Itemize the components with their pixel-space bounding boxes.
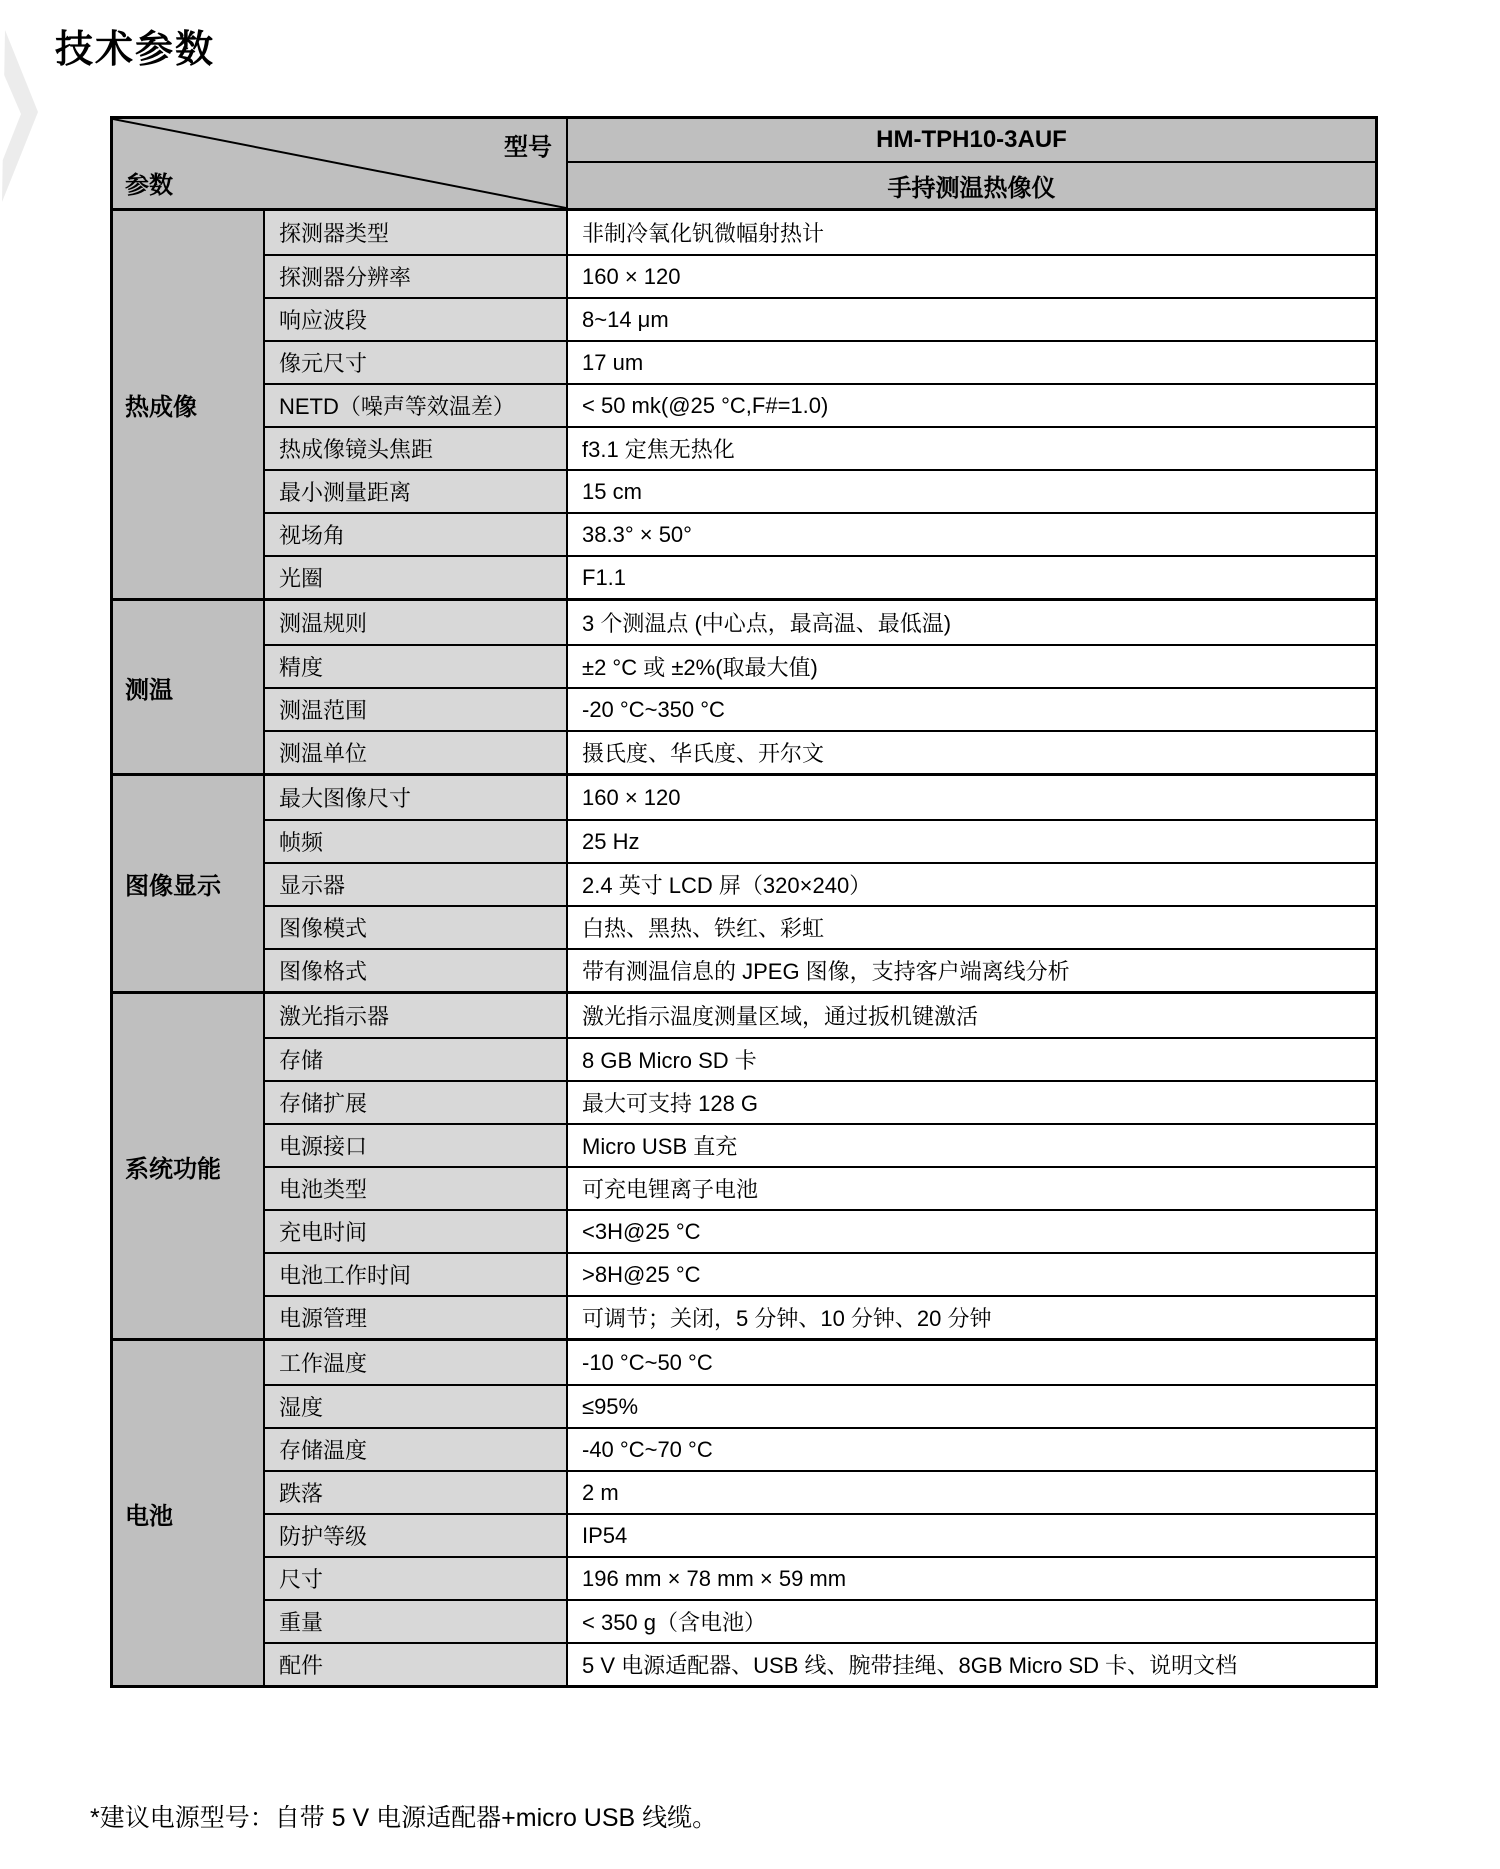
param-value: IP54 [568,1515,1375,1556]
param-value: 2 m [568,1472,1375,1513]
param-name: 跌落 [265,1472,568,1513]
table-row: 像元尺寸 17 um [265,340,1375,383]
param-name: 防护等级 [265,1515,568,1556]
param-value: -10 °C~50 °C [568,1341,1375,1384]
group-label: 热成像 [113,211,265,598]
param-name: 显示器 [265,864,568,905]
table-row: 最小测量距离 15 cm [265,469,1375,512]
param-value: 196 mm × 78 mm × 59 mm [568,1558,1375,1599]
decorative-chevron-icon [0,12,48,222]
spec-table: 型号 参数 HM-TPH10-3AUF 手持测温热像仪 热成像 探测器类型 非制… [110,116,1378,1688]
param-name: 存储温度 [265,1429,568,1470]
header-model-label: 型号 [504,127,552,162]
param-value: 摄氏度、华氏度、开尔文 [568,732,1375,773]
group-rows: 测温规则 3 个测温点 (中心点，最高温、最低温) 精度 ±2 °C 或 ±2%… [265,601,1375,773]
footnote: *建议电源型号：自带 5 V 电源适配器+micro USB 线缆。 [90,1798,717,1834]
param-name: 图像模式 [265,907,568,948]
param-name: 电池类型 [265,1168,568,1209]
param-value: 8~14 μm [568,299,1375,340]
param-name: 帧频 [265,821,568,862]
param-value: 白热、黑热、铁红、彩虹 [568,907,1375,948]
group-label: 图像显示 [113,776,265,991]
param-name: 热成像镜头焦距 [265,428,568,469]
table-row: 电源接口 Micro USB 直充 [265,1123,1375,1166]
param-name: 充电时间 [265,1211,568,1252]
param-value: ±2 °C 或 ±2%(取最大值) [568,646,1375,687]
param-value: 带有测温信息的 JPEG 图像，支持客户端离线分析 [568,950,1375,991]
table-row: 防护等级 IP54 [265,1513,1375,1556]
param-name: 电源管理 [265,1297,568,1338]
table-row: 工作温度 -10 °C~50 °C [265,1341,1375,1384]
header-corner-cell: 型号 参数 [113,119,568,208]
param-value: >8H@25 °C [568,1254,1375,1295]
table-row: 跌落 2 m [265,1470,1375,1513]
param-name: 存储扩展 [265,1082,568,1123]
table-row: 帧频 25 Hz [265,819,1375,862]
table-row: 尺寸 196 mm × 78 mm × 59 mm [265,1556,1375,1599]
product-name: 手持测温热像仪 [568,163,1375,208]
param-value: <3H@25 °C [568,1211,1375,1252]
param-name: 测温规则 [265,601,568,644]
param-name: 探测器分辨率 [265,256,568,297]
table-row: 探测器分辨率 160 × 120 [265,254,1375,297]
spec-group: 系统功能 激光指示器 激光指示温度测量区域，通过扳机键激活 存储 8 GB Mi… [113,991,1375,1338]
spec-group: 热成像 探测器类型 非制冷氧化钒微幅射热计 探测器分辨率 160 × 120 响… [113,211,1375,598]
param-name: 工作温度 [265,1341,568,1384]
param-value: < 50 mk(@25 °C,F#=1.0) [568,385,1375,426]
param-name: 光圈 [265,557,568,598]
param-name: 激光指示器 [265,994,568,1037]
param-name: 重量 [265,1601,568,1642]
table-row: 测温规则 3 个测温点 (中心点，最高温、最低温) [265,601,1375,644]
table-row: NETD（噪声等效温差） < 50 mk(@25 °C,F#=1.0) [265,383,1375,426]
spec-group: 测温 测温规则 3 个测温点 (中心点，最高温、最低温) 精度 ±2 °C 或 … [113,598,1375,773]
table-row: 最大图像尺寸 160 × 120 [265,776,1375,819]
spec-group: 电池 工作温度 -10 °C~50 °C 湿度 ≤95% 存储温度 -40 °C… [113,1338,1375,1685]
param-name: 像元尺寸 [265,342,568,383]
param-name: 存储 [265,1039,568,1080]
param-name: 视场角 [265,514,568,555]
param-value: f3.1 定焦无热化 [568,428,1375,469]
param-name: 湿度 [265,1386,568,1427]
table-row: 存储扩展 最大可支持 128 G [265,1080,1375,1123]
spec-group: 图像显示 最大图像尺寸 160 × 120 帧频 25 Hz 显示器 2.4 英… [113,773,1375,991]
param-value: 160 × 120 [568,256,1375,297]
table-row: 光圈 F1.1 [265,555,1375,598]
param-name: 最小测量距离 [265,471,568,512]
group-rows: 最大图像尺寸 160 × 120 帧频 25 Hz 显示器 2.4 英寸 LCD… [265,776,1375,991]
param-name: 电池工作时间 [265,1254,568,1295]
table-row: 响应波段 8~14 μm [265,297,1375,340]
table-row: 电池工作时间 >8H@25 °C [265,1252,1375,1295]
table-row: 电源管理 可调节；关闭，5 分钟、10 分钟、20 分钟 [265,1295,1375,1338]
param-name: 探测器类型 [265,211,568,254]
table-row: 测温范围 -20 °C~350 °C [265,687,1375,730]
param-name: 测温范围 [265,689,568,730]
group-label: 测温 [113,601,265,773]
param-name: 配件 [265,1644,568,1685]
diagonal-divider [113,119,566,208]
group-label: 电池 [113,1341,265,1685]
table-row: 湿度 ≤95% [265,1384,1375,1427]
header-parameter-label: 参数 [125,165,173,200]
param-value: < 350 g（含电池） [568,1601,1375,1642]
param-name: 尺寸 [265,1558,568,1599]
table-body: 热成像 探测器类型 非制冷氧化钒微幅射热计 探测器分辨率 160 × 120 响… [113,211,1375,1685]
param-value: F1.1 [568,557,1375,598]
table-row: 存储温度 -40 °C~70 °C [265,1427,1375,1470]
param-value: 160 × 120 [568,776,1375,819]
param-value: 非制冷氧化钒微幅射热计 [568,211,1375,254]
param-value: 可调节；关闭，5 分钟、10 分钟、20 分钟 [568,1297,1375,1338]
param-name: 最大图像尺寸 [265,776,568,819]
param-value: 17 um [568,342,1375,383]
group-rows: 工作温度 -10 °C~50 °C 湿度 ≤95% 存储温度 -40 °C~70… [265,1341,1375,1685]
table-row: 充电时间 <3H@25 °C [265,1209,1375,1252]
param-name: 测温单位 [265,732,568,773]
page-title: 技术参数 [55,18,215,73]
param-name: 精度 [265,646,568,687]
param-value: 激光指示温度测量区域，通过扳机键激活 [568,994,1375,1037]
group-rows: 探测器类型 非制冷氧化钒微幅射热计 探测器分辨率 160 × 120 响应波段 … [265,211,1375,598]
param-value: Micro USB 直充 [568,1125,1375,1166]
table-row: 存储 8 GB Micro SD 卡 [265,1037,1375,1080]
table-row: 视场角 38.3° × 50° [265,512,1375,555]
param-value: 2.4 英寸 LCD 屏（320×240） [568,864,1375,905]
table-row: 图像模式 白热、黑热、铁红、彩虹 [265,905,1375,948]
param-value: 3 个测温点 (中心点，最高温、最低温) [568,601,1375,644]
table-header: 型号 参数 HM-TPH10-3AUF 手持测温热像仪 [113,119,1375,211]
param-value: 15 cm [568,471,1375,512]
table-row: 显示器 2.4 英寸 LCD 屏（320×240） [265,862,1375,905]
table-row: 探测器类型 非制冷氧化钒微幅射热计 [265,211,1375,254]
model-number: HM-TPH10-3AUF [568,119,1375,163]
table-row: 配件 5 V 电源适配器、USB 线、腕带挂绳、8GB Micro SD 卡、说… [265,1642,1375,1685]
param-name: 响应波段 [265,299,568,340]
param-value: 38.3° × 50° [568,514,1375,555]
param-value: 可充电锂离子电池 [568,1168,1375,1209]
table-row: 激光指示器 激光指示温度测量区域，通过扳机键激活 [265,994,1375,1037]
param-value: 5 V 电源适配器、USB 线、腕带挂绳、8GB Micro SD 卡、说明文档 [568,1644,1375,1685]
table-row: 重量 < 350 g（含电池） [265,1599,1375,1642]
param-value: -20 °C~350 °C [568,689,1375,730]
param-value: -40 °C~70 °C [568,1429,1375,1470]
table-row: 电池类型 可充电锂离子电池 [265,1166,1375,1209]
table-row: 图像格式 带有测温信息的 JPEG 图像，支持客户端离线分析 [265,948,1375,991]
param-value: 最大可支持 128 G [568,1082,1375,1123]
table-row: 测温单位 摄氏度、华氏度、开尔文 [265,730,1375,773]
group-rows: 激光指示器 激光指示温度测量区域，通过扳机键激活 存储 8 GB Micro S… [265,994,1375,1338]
param-name: 电源接口 [265,1125,568,1166]
group-label: 系统功能 [113,994,265,1338]
param-value: 8 GB Micro SD 卡 [568,1039,1375,1080]
table-row: 热成像镜头焦距 f3.1 定焦无热化 [265,426,1375,469]
param-value: ≤95% [568,1386,1375,1427]
param-name: 图像格式 [265,950,568,991]
header-right-block: HM-TPH10-3AUF 手持测温热像仪 [568,119,1375,208]
table-row: 精度 ±2 °C 或 ±2%(取最大值) [265,644,1375,687]
param-name: NETD（噪声等效温差） [265,385,568,426]
param-value: 25 Hz [568,821,1375,862]
